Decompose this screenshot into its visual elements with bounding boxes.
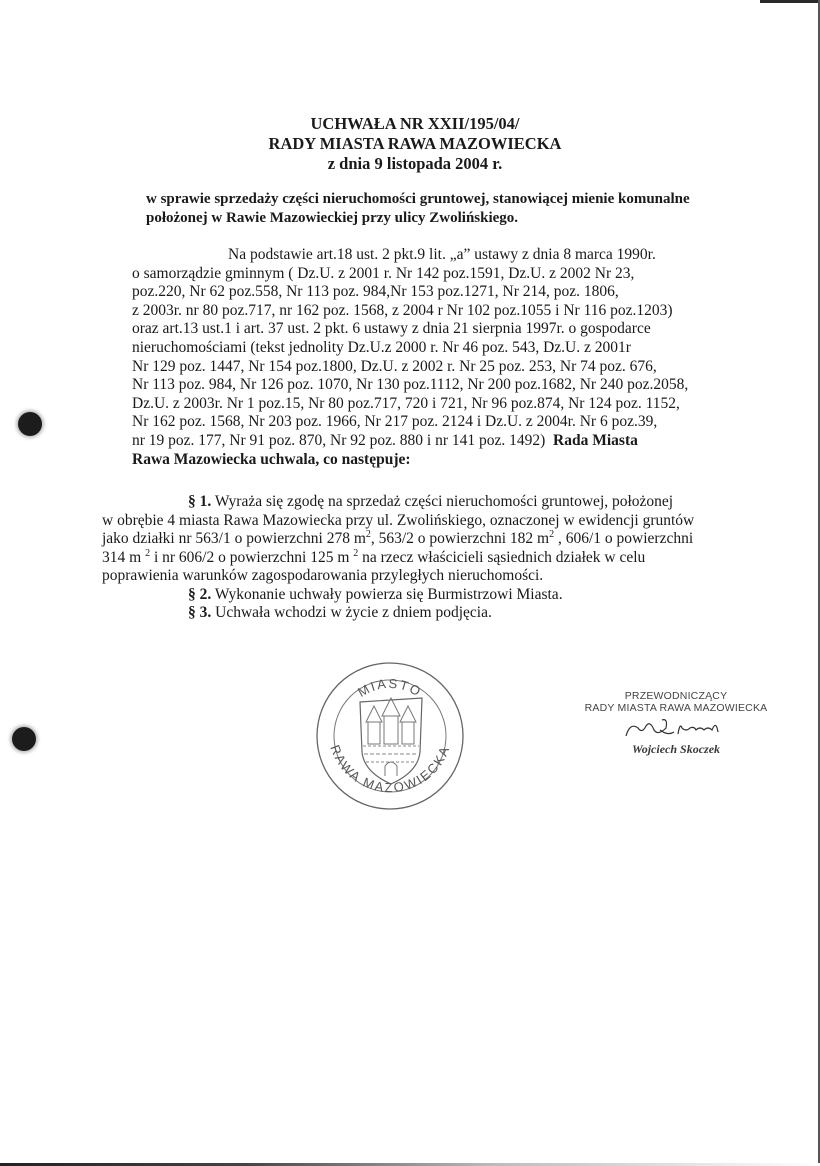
basis-line: Nr 129 poz. 1447, Nr 154 poz.1800, Dz.U.… — [132, 358, 772, 377]
legal-basis: Na podstawie art.18 ust. 2 pkt.9 lit. „a… — [132, 246, 772, 469]
subject-line: położonej w Rawie Mazowieckiej przy ulic… — [146, 209, 766, 228]
section-mark: § 1. — [188, 493, 211, 510]
section-text: , 563/2 o powierzchni 182 m — [371, 530, 549, 547]
section-1-line: poprawienia warunków zagospodarowania pr… — [102, 567, 782, 586]
svg-text:MIASTO: MIASTO — [355, 676, 425, 700]
signature-block: PRZEWODNICZĄCY RADY MIASTA RAWA MAZOWIEC… — [556, 690, 796, 757]
basis-line: nr 19 poz. 177, Nr 91 poz. 870, Nr 92 po… — [132, 432, 772, 451]
signatory-council: RADY MIASTA RAWA MAZOWIECKA — [556, 702, 796, 714]
section-text: jako działki nr 563/1 o powierzchni 278 … — [102, 530, 366, 547]
basis-line: Na podstawie art.18 ust. 2 pkt.9 lit. „a… — [132, 246, 772, 265]
section-mark: § 2. — [188, 586, 211, 603]
title-line: z dnia 9 listopada 2004 r. — [0, 154, 820, 174]
basis-line: oraz art.13 ust.1 i art. 37 ust. 2 pkt. … — [132, 320, 772, 339]
signature-icon — [616, 714, 736, 742]
signatory-role: PRZEWODNICZĄCY — [556, 690, 796, 702]
resolution-title: UCHWAŁA NR XXII/195/04/ RADY MIASTA RAWA… — [0, 114, 820, 174]
resolution-subject: w sprawie sprzedaży części nieruchomości… — [146, 190, 766, 228]
section-2: § 2. Wykonanie uchwały powierza się Burm… — [102, 586, 782, 605]
scan-edge-top — [760, 0, 820, 3]
basis-line: Nr 113 poz. 984, Nr 126 poz. 1070, Nr 13… — [132, 376, 772, 395]
section-text: 314 m — [102, 549, 145, 566]
resolution-sections: § 1. Wyraża się zgodę na sprzedaż części… — [102, 493, 782, 623]
basis-line: Nr 162 poz. 1568, Nr 203 poz. 1966, Nr 2… — [132, 413, 772, 432]
seal-icon: MIASTO RAWA MAZOWIECKA — [314, 660, 466, 812]
basis-line: nieruchomościami (tekst jednolity Dz.U.z… — [132, 339, 772, 358]
subject-line: w sprawie sprzedaży części nieruchomości… — [146, 190, 766, 209]
section-text: Wykonanie uchwały powierza się Burmistrz… — [211, 586, 562, 603]
section-1-line: jako działki nr 563/1 o powierzchni 278 … — [102, 530, 782, 549]
basis-line: z 2003r. nr 80 poz.717, nr 162 poz. 1568… — [132, 302, 772, 321]
title-line: UCHWAŁA NR XXII/195/04/ — [0, 114, 820, 134]
seal-top-text: MIASTO — [355, 676, 425, 700]
punch-hole-icon — [18, 412, 42, 436]
section-3: § 3. Uchwała wchodzi w życie z dniem pod… — [102, 604, 782, 623]
resolves-line: Rawa Mazowiecka uchwala, co następuje: — [132, 451, 772, 470]
section-1-line: 314 m 2 i nr 606/2 o powierzchni 125 m 2… — [102, 549, 782, 568]
section-text: na rzecz właścicieli sąsiednich działek … — [358, 549, 645, 566]
council-name: Rada Miasta — [553, 432, 638, 449]
svg-text:RAWA MAZOWIECKA: RAWA MAZOWIECKA — [327, 743, 452, 795]
seal-bottom-text: RAWA MAZOWIECKA — [327, 743, 452, 795]
basis-line: poz.220, Nr 62 poz.558, Nr 113 poz. 984,… — [132, 283, 772, 302]
section-text: Wyraża się zgodę na sprzedaż części nier… — [211, 493, 673, 510]
section-text: Uchwała wchodzi w życie z dniem podjęcia… — [211, 604, 492, 621]
section-1-line: w obrębie 4 miasta Rawa Mazowiecka przy … — [102, 512, 782, 531]
section-text: , 606/1 o powierzchni — [554, 530, 693, 547]
basis-text: nr 19 poz. 177, Nr 91 poz. 870, Nr 92 po… — [132, 432, 545, 449]
section-mark: § 3. — [188, 604, 211, 621]
section-text: i nr 606/2 o powierzchni 125 m — [150, 549, 353, 566]
punch-hole-icon — [12, 727, 36, 751]
basis-line: o samorządzie gminnym ( Dz.U. z 2001 r. … — [132, 265, 772, 284]
city-seal-stamp: MIASTO RAWA MAZOWIECKA — [314, 660, 466, 812]
title-line: RADY MIASTA RAWA MAZOWIECKA — [0, 134, 820, 154]
signatory-name: Wojciech Skoczek — [556, 742, 796, 757]
handwritten-signature — [556, 714, 796, 742]
basis-line: Dz.U. z 2003r. Nr 1 poz.15, Nr 80 poz.71… — [132, 395, 772, 414]
section-1: § 1. Wyraża się zgodę na sprzedaż części… — [102, 493, 782, 512]
